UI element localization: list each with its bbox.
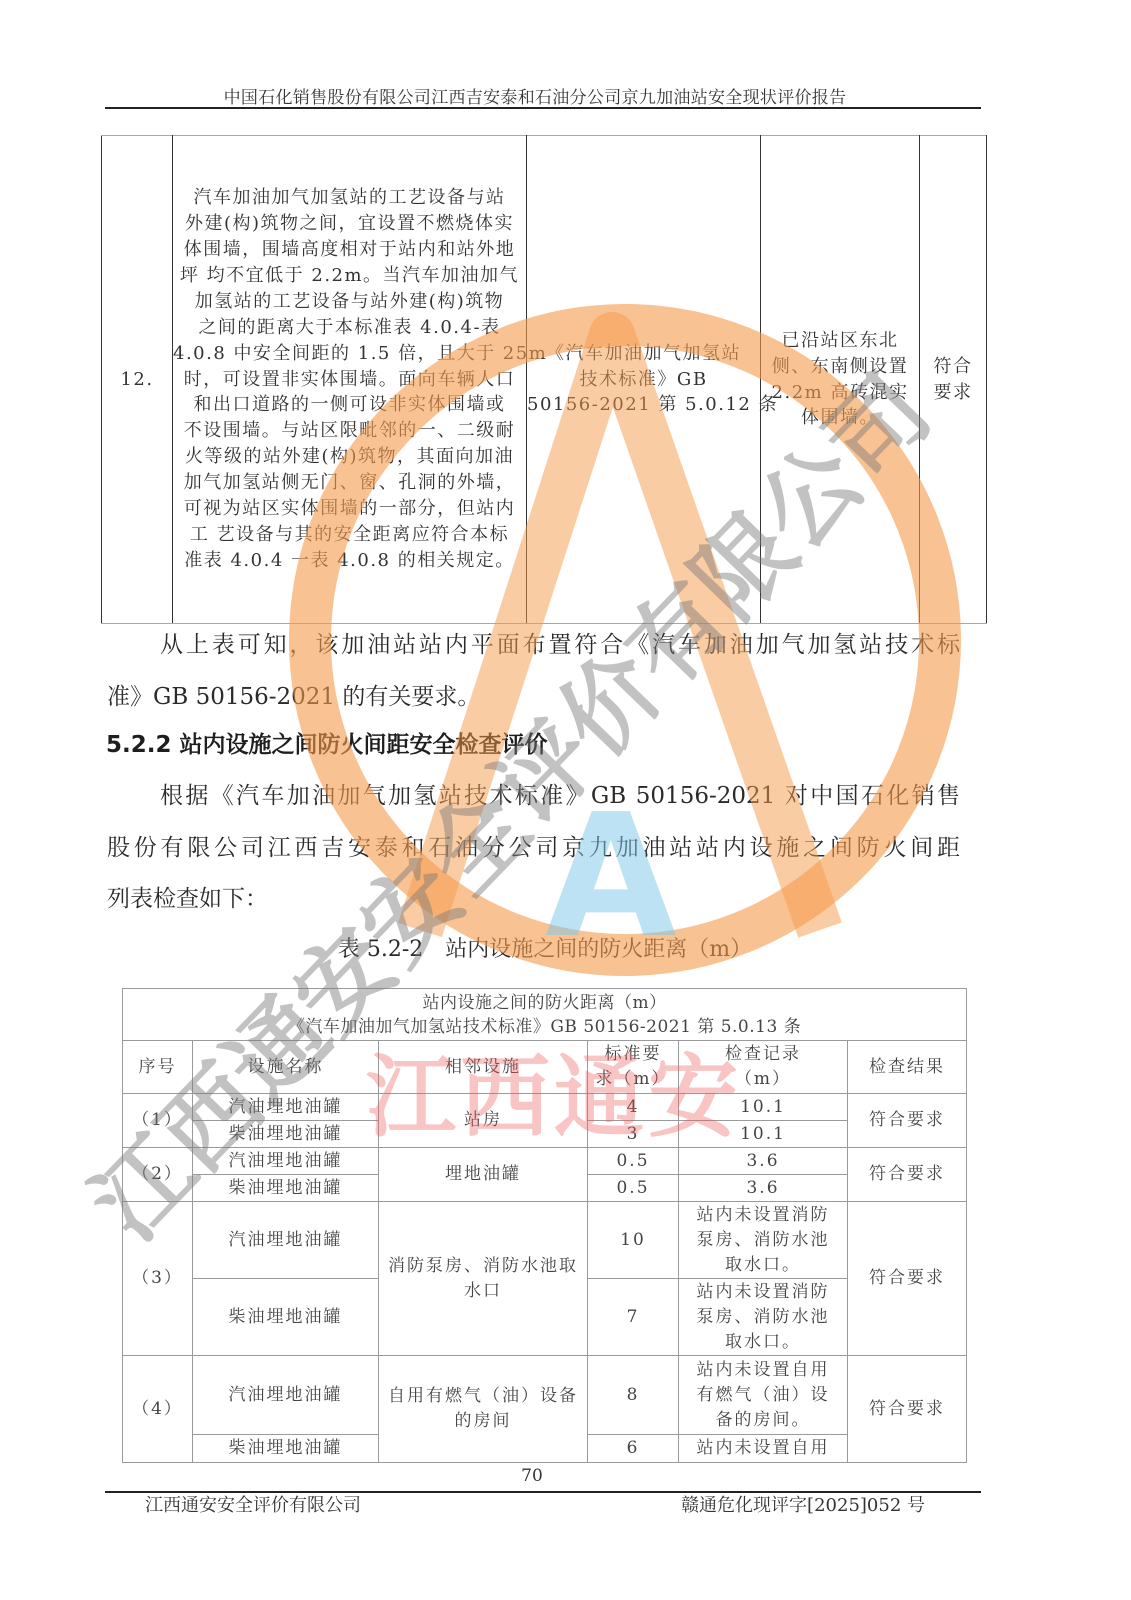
record-line: 3.6 [679,1176,847,1201]
column-header-label: 求（m） [588,1067,678,1092]
paragraph-2-line-1: 根据《汽车加油加气加氢站技术标准》GB 50156-2021 对中国石化销售 [160,781,960,811]
table-row: （1） 汽油埋地油罐 站房 4 10.1 符合要求 [123,1094,967,1121]
requirement-line: 和出口道路的一侧可设非实体围墙或 [173,392,526,418]
check-line: 2.2m 高砖混实 [761,380,919,406]
table-row: （3） 汽油埋地油罐 消防泵房、消防水池取 水口 10 站内未设置消防 泵房、消… [123,1202,967,1279]
record-cell: 站内未设置消防 泵房、消防水池 取水口。 [679,1202,848,1279]
group-number: （2） [123,1148,193,1202]
required-cell: 0.5 [588,1148,679,1175]
adjacent-line: 水口 [379,1279,587,1304]
paragraph-2-line-3: 列表检查如下： [107,884,960,914]
record-cell: 站内未设置自用 [679,1435,848,1463]
requirement-line: 外建(构)筑物之间，宜设置不燃烧体实 [173,211,526,237]
record-cell: 站内未设置自用 有燃气（油）设 备的房间。 [679,1356,848,1435]
check-record-cell: 已沿站区东北 侧、东南侧设置 2.2m 高砖混实 体围墙。 [761,136,920,624]
record-line: 站内未设置自用 [679,1436,847,1461]
table-row: （4） 汽油埋地油罐 自用有燃气（油）设备 的房间 8 站内未设置自用 有燃气（… [123,1356,967,1435]
requirement-line: 加气加氢站侧无门、窗、孔洞的外墙， [173,470,526,496]
column-header-adjacent: 相邻设施 [379,1041,588,1094]
check-line: 侧、东南侧设置 [761,354,919,380]
table-row: （2） 汽油埋地油罐 埋地油罐 0.5 3.6 符合要求 [123,1148,967,1175]
column-header-label: 检查记录 [679,1042,847,1067]
requirement-cell: 汽车加油加气加氢站的工艺设备与站 外建(构)筑物之间，宜设置不燃烧体实 体围墙，… [173,136,527,624]
requirement-line: 加氢站的工艺设备与站外建(构)筑物 [173,289,526,315]
group-number: （1） [123,1094,193,1148]
column-header-facility: 设施名称 [193,1041,379,1094]
result-cell: 符合要求 [848,1356,967,1463]
row-number: 12. [102,367,172,393]
standard-line: 技术标准》GB [527,367,760,393]
column-header-required: 标准要 求（m） [588,1041,679,1094]
facility-cell: 柴油埋地油罐 [193,1175,379,1202]
requirement-line: 火等级的站外建(构)筑物，其面向加油 [173,444,526,470]
paragraph-1-line-1: 从上表可知，该加油站站内平面布置符合《汽车加油加气加氢站技术标 [160,630,960,660]
requirement-line: 4.0.8 中安全间距的 1.5 倍，且大于 25m [173,341,526,367]
standard-line: 50156-2021 第 5.0.12 条 [527,392,760,418]
requirement-line: 坪 均不宜低于 2.2m。当汽车加油加气 [173,263,526,289]
standard-reference-cell: 《汽车加油加气加氢站 技术标准》GB 50156-2021 第 5.0.12 条 [527,136,761,624]
required-cell: 10 [588,1202,679,1279]
column-header-no: 序号 [123,1041,193,1094]
row-number-cell: 12. [102,136,173,624]
requirement-line: 汽车加油加气加氢站的工艺设备与站 [173,185,526,211]
adjacent-line: 消防泵房、消防水池取 [379,1254,587,1279]
required-cell: 0.5 [588,1175,679,1202]
result-line: 符合 [920,354,986,380]
footer-company: 江西通安安全评价有限公司 [145,1494,361,1518]
facility-cell: 汽油埋地油罐 [193,1148,379,1175]
column-header-label: 检查结果 [848,1055,966,1080]
facility-cell: 汽油埋地油罐 [193,1094,379,1121]
facility-cell: 柴油埋地油罐 [193,1435,379,1463]
record-line: 10.1 [679,1095,847,1120]
adjacent-cell: 埋地油罐 [379,1148,588,1202]
section-heading: 5.2.2 站内设施之间防火间距安全检查评价 [106,729,548,761]
check-line: 体围墙。 [761,405,919,431]
requirement-line: 时，可设置非实体围墙。面向车辆人口 [173,367,526,393]
record-line: 泵房、消防水池 [679,1305,847,1330]
result-cell: 符合要求 [848,1094,967,1148]
facility-cell: 柴油埋地油罐 [193,1279,379,1356]
required-cell: 8 [588,1356,679,1435]
record-line: 备的房间。 [679,1408,847,1433]
record-cell: 10.1 [679,1094,848,1121]
result-cell: 符合要求 [848,1202,967,1356]
adjacent-line: 站房 [379,1108,587,1133]
column-header-label: 设施名称 [193,1055,378,1080]
required-cell: 7 [588,1279,679,1356]
record-line: 站内未设置消防 [679,1280,847,1305]
page-number: 70 [500,1466,564,1486]
table-title-line: 《汽车加油加气加氢站技术标准》GB 50156-2021 第 5.0.13 条 [123,1015,966,1039]
layout-check-table: 12. 汽车加油加气加氢站的工艺设备与站 外建(构)筑物之间，宜设置不燃烧体实 … [101,135,987,624]
adjacent-line: 的房间 [379,1409,587,1434]
column-header-label: 标准要 [588,1042,678,1067]
record-cell: 3.6 [679,1175,848,1202]
requirement-line: 体围墙，围墙高度相对于站内和站外地 [173,237,526,263]
paragraph-1-line-2: 准》GB 50156-2021 的有关要求。 [107,682,960,712]
adjacent-cell: 消防泵房、消防水池取 水口 [379,1202,588,1356]
column-header-result: 检查结果 [848,1041,967,1094]
header-rule [105,107,981,109]
record-line: 站内未设置自用 [679,1358,847,1383]
result-cell: 符合 要求 [920,136,987,624]
table-row: 12. 汽车加油加气加氢站的工艺设备与站 外建(构)筑物之间，宜设置不燃烧体实 … [102,136,987,624]
facility-cell: 柴油埋地油罐 [193,1121,379,1148]
record-line: 有燃气（油）设 [679,1383,847,1408]
result-line: 要求 [920,380,986,406]
record-line: 10.1 [679,1122,847,1147]
record-line: 3.6 [679,1149,847,1174]
result-cell: 符合要求 [848,1148,967,1202]
requirement-line: 之间的距离大于本标准表 4.0.4-表 [173,315,526,341]
adjacent-cell: 站房 [379,1094,588,1148]
footer-doc-number: 赣通危化现评字[2025]052 号 [681,1494,925,1518]
requirement-line: 工 艺设备与其的安全距离应符合本标 [173,522,526,548]
column-header-label: 序号 [123,1055,192,1080]
group-number: （4） [123,1356,193,1463]
requirement-line: 不设围墙。与站区限毗邻的一、二级耐 [173,418,526,444]
table-title-line: 站内设施之间的防火距离（m） [123,991,966,1015]
adjacent-line: 自用有燃气（油）设备 [379,1384,587,1409]
table-header-row: 序号 设施名称 相邻设施 标准要 求（m） 检查记录 （m） 检查结果 [123,1041,967,1094]
table-title-cell: 站内设施之间的防火距离（m） 《汽车加油加气加氢站技术标准》GB 50156-2… [123,989,967,1041]
check-line: 已沿站区东北 [761,328,919,354]
column-header-label: （m） [679,1067,847,1092]
fire-distance-table: 站内设施之间的防火距离（m） 《汽车加油加气加氢站技术标准》GB 50156-2… [122,988,967,1463]
record-line: 站内未设置消防 [679,1203,847,1228]
required-cell: 4 [588,1094,679,1121]
group-number: （3） [123,1202,193,1356]
requirement-line: 可视为站区实体围墙的一部分，但站内 [173,496,526,522]
document-page: 中国石化销售股份有限公司江西吉安泰和石油分公司京九加油站安全现状评价报告 12.… [0,0,1131,1600]
paragraph-2-line-2: 股份有限公司江西吉安泰和石油分公司京九加油站站内设施之间防火间距 [107,833,960,863]
requirement-line: 准表 4.0.4 一表 4.0.8 的相关规定。 [173,548,526,574]
facility-cell: 汽油埋地油罐 [193,1202,379,1279]
record-cell: 3.6 [679,1148,848,1175]
column-header-label: 相邻设施 [379,1055,587,1080]
record-cell: 10.1 [679,1121,848,1148]
record-line: 取水口。 [679,1330,847,1355]
standard-line: 《汽车加油加气加氢站 [527,341,760,367]
record-cell: 站内未设置消防 泵房、消防水池 取水口。 [679,1279,848,1356]
table-caption: 表 5.2-2 站内设施之间的防火距离（m） [230,935,860,965]
record-line: 泵房、消防水池 [679,1228,847,1253]
table-title-row: 站内设施之间的防火距离（m） 《汽车加油加气加氢站技术标准》GB 50156-2… [123,989,967,1041]
column-header-record: 检查记录 （m） [679,1041,848,1094]
required-cell: 3 [588,1121,679,1148]
required-cell: 6 [588,1435,679,1463]
page-header-title: 中国石化销售股份有限公司江西吉安泰和石油分公司京九加油站安全现状评价报告 [100,83,970,108]
footer-rule [105,1491,981,1493]
adjacent-line: 埋地油罐 [379,1162,587,1187]
facility-cell: 汽油埋地油罐 [193,1356,379,1435]
adjacent-cell: 自用有燃气（油）设备 的房间 [379,1356,588,1463]
record-line: 取水口。 [679,1253,847,1278]
